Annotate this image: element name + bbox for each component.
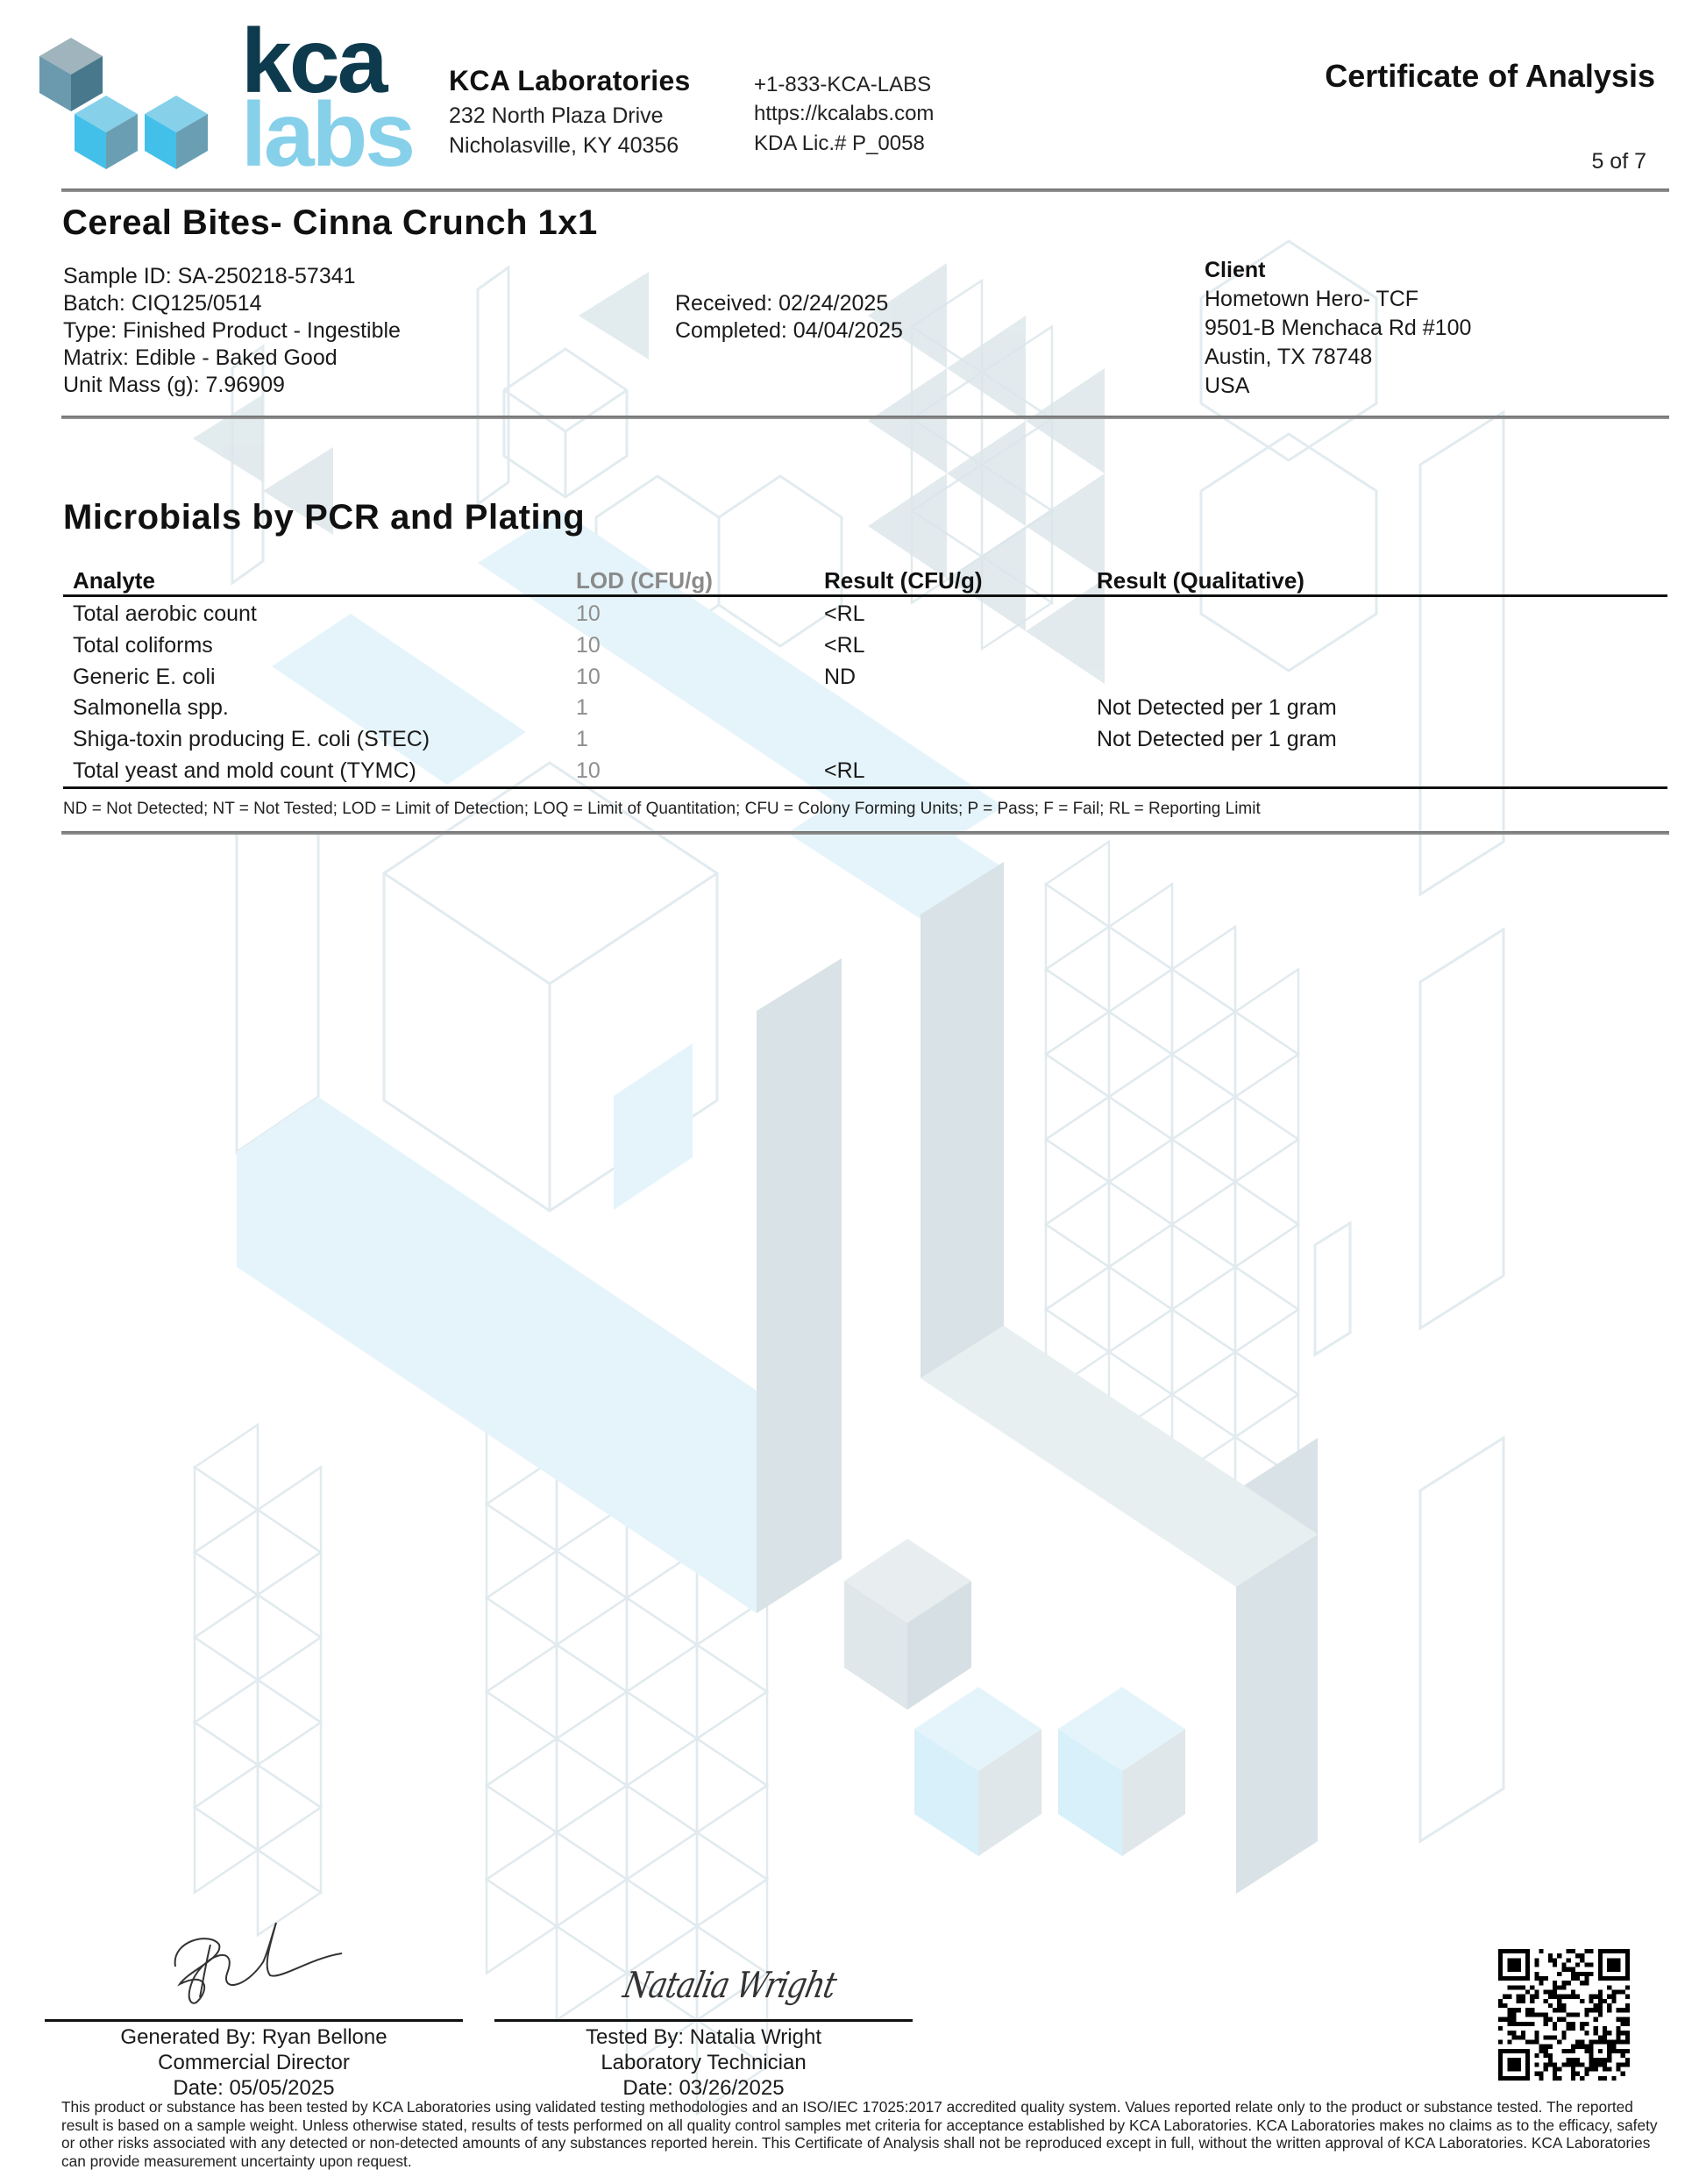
table-header-rule: [63, 594, 1667, 597]
product-title: Cereal Bites- Cinna Crunch 1x1: [62, 203, 598, 243]
received-date: Received: 02/24/2025: [675, 291, 888, 317]
document-title: Certificate of Analysis: [1325, 58, 1655, 95]
cell-result: <RL: [824, 633, 865, 658]
tested-date: Date: 03/26/2025: [494, 2076, 913, 2101]
client-address-line1: 9501-B Menchaca Rd #100: [1205, 316, 1471, 341]
matrix: Matrix: Edible - Baked Good: [63, 345, 338, 371]
logo-word-labs: labs: [241, 89, 413, 181]
cell-analyte: Generic E. coli: [73, 665, 216, 690]
cell-lod: 1: [576, 695, 588, 721]
cell-qualitative: Not Detected per 1 gram: [1097, 695, 1337, 721]
generated-by-title: Commercial Director: [45, 2051, 463, 2075]
client-country: USA: [1205, 373, 1249, 399]
completed-date: Completed: 04/04/2025: [675, 318, 903, 344]
lab-name: KCA Laboratories: [449, 65, 691, 97]
lab-license: KDA Lic.# P_0058: [754, 132, 925, 156]
cell-analyte: Total yeast and mold count (TYMC): [73, 758, 416, 784]
cell-lod: 10: [576, 601, 601, 627]
tested-by: Tested By: Natalia Wright: [494, 2025, 913, 2050]
column-header-analyte: Analyte: [73, 567, 155, 594]
unit-mass: Unit Mass (g): 7.96909: [63, 373, 285, 398]
sample-id: Sample ID: SA-250218-57341: [63, 264, 356, 289]
lab-address-line2: Nicholasville, KY 40356: [449, 133, 679, 159]
column-header-result: Result (CFU/g): [824, 567, 983, 594]
cell-qualitative: Not Detected per 1 gram: [1097, 727, 1337, 752]
cell-lod: 10: [576, 758, 601, 784]
generated-date: Date: 05/05/2025: [45, 2076, 463, 2101]
section-title: Microbials by PCR and Plating: [63, 498, 585, 537]
cell-result: <RL: [824, 601, 865, 627]
tested-by-title: Laboratory Technician: [494, 2051, 913, 2075]
cell-analyte: Salmonella spp.: [73, 695, 229, 721]
lab-phone: +1-833-KCA-LABS: [754, 73, 931, 97]
header-divider: [61, 189, 1669, 192]
legal-disclaimer: This product or substance has been teste…: [61, 2098, 1666, 2170]
lab-website-link[interactable]: https://kcalabs.com: [754, 102, 934, 126]
client-address-line2: Austin, TX 78748: [1205, 345, 1372, 370]
batch: Batch: CIQ125/0514: [63, 291, 262, 317]
page-indicator: 5 of 7: [1591, 149, 1646, 174]
kca-labs-logo: kca labs: [39, 35, 408, 180]
client-name: Hometown Hero- TCF: [1205, 287, 1418, 312]
cell-lod: 10: [576, 633, 601, 658]
generated-by: Generated By: Ryan Bellone: [45, 2025, 463, 2050]
cell-lod: 10: [576, 665, 601, 690]
cell-result: <RL: [824, 758, 865, 784]
signature-line-tested: [494, 2019, 913, 2022]
column-header-qualitative: Result (Qualitative): [1097, 567, 1304, 594]
column-header-lod: LOD (CFU/g): [576, 567, 713, 594]
section-divider: [61, 831, 1669, 835]
signature-natalia-wright-icon: Natalia Wright: [620, 1965, 840, 2007]
table-bottom-rule: [63, 786, 1667, 789]
sample-info-divider: [61, 416, 1669, 419]
sample-type: Type: Finished Product - Ingestible: [63, 318, 401, 344]
client-heading: Client: [1205, 258, 1265, 283]
stacked-cubes-logo-icon: [39, 35, 215, 180]
abbreviations-footnote: ND = Not Detected; NT = Not Tested; LOD …: [63, 800, 1261, 819]
lab-address-line1: 232 North Plaza Drive: [449, 103, 664, 129]
qr-code-icon[interactable]: [1498, 1949, 1630, 2081]
cell-lod: 1: [576, 727, 588, 752]
signature-line-generated: [45, 2019, 463, 2022]
cell-analyte: Shiga-toxin producing E. coli (STEC): [73, 727, 430, 752]
cell-analyte: Total aerobic count: [73, 601, 257, 627]
cell-result: ND: [824, 665, 856, 690]
signature-ryan-bellone-icon: [158, 1918, 359, 2010]
cell-analyte: Total coliforms: [73, 633, 213, 658]
